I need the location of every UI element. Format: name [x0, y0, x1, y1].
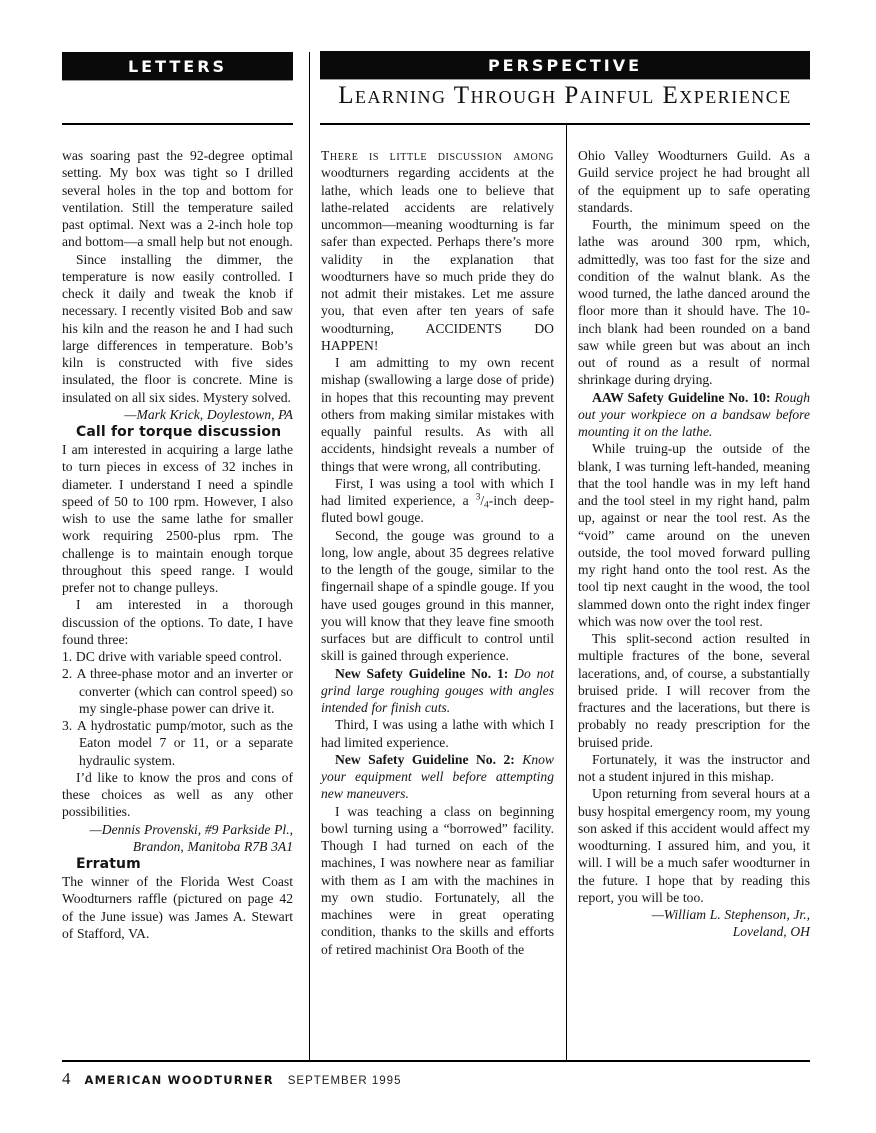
opening-smallcaps: There is little discussion among [321, 148, 554, 163]
list-text: DC drive with variable speed control. [76, 649, 282, 664]
article-para-first: First, I was using a tool with which I h… [321, 475, 554, 527]
erratum-para: The winner of the Florida West Coast Woo… [62, 873, 293, 942]
perspective-section-banner: PERSPECTIVE [320, 51, 810, 79]
article-para-admitting: I am admitting to my own recent mishap (… [321, 354, 554, 475]
torque-heading: Call for torque discussion [62, 423, 293, 441]
article-para-ohio: Ohio Valley Woodturners Guild. As a Guil… [578, 147, 810, 216]
torque-list-item-1: 1. DC drive with variable speed control. [62, 648, 293, 665]
list-text: A three-phase motor and an inverter or c… [77, 666, 293, 716]
letter-continuation-para-2: Since installing the dimmer, the tempera… [62, 251, 293, 406]
article-para-truing: While truing-up the outside of the blank… [578, 440, 810, 630]
article-para-fortunately: Fortunately, it was the instructor and n… [578, 751, 810, 786]
letters-banner-label: LETTERS [128, 57, 227, 76]
article-para-teaching: I was teaching a class on beginning bowl… [321, 803, 554, 958]
magazine-name: AMERICAN WOODTURNER [85, 1073, 274, 1087]
safety-guideline-10: AAW Safety Guideline No. 10: Rough out y… [578, 389, 810, 441]
torque-para-2: I am interested in a thorough discussion… [62, 596, 293, 648]
article-signature-line2: Loveland, OH [578, 923, 810, 940]
letters-header-rule [62, 123, 293, 125]
safety-guideline-2: New Safety Guideline No. 2: Know your eq… [321, 751, 554, 803]
letter-continuation-para-1: was soaring past the 92-degree optimal s… [62, 147, 293, 251]
guideline-1-label: New Safety Guideline No. 1: [335, 666, 514, 681]
guideline-10-label: AAW Safety Guideline No. 10: [592, 390, 775, 405]
article-signature-line1: —William L. Stephenson, Jr., [578, 906, 810, 923]
opening-rest: woodturners regarding accidents at the l… [321, 165, 554, 353]
article-title: Learning Through Painful Experience [320, 82, 810, 110]
torque-para-3: I’d like to know the pros and cons of th… [62, 769, 293, 821]
page-number: 4 [62, 1069, 71, 1089]
article-para-second: Second, the gouge was ground to a long, … [321, 527, 554, 665]
list-text: A hydrostatic pump/motor, such as the Ea… [77, 718, 293, 768]
letter-signature-krick: —Mark Krick, Doylestown, PA [62, 406, 293, 423]
footer-rule [62, 1060, 810, 1062]
erratum-heading: Erratum [62, 855, 293, 873]
torque-para-1: I am interested in acquiring a large lat… [62, 441, 293, 596]
article-para-returning: Upon returning from several hours at a b… [578, 785, 810, 906]
list-number: 2. [62, 666, 72, 681]
perspective-column-2: Ohio Valley Woodturners Guild. As a Guil… [578, 147, 810, 941]
safety-guideline-1: New Safety Guideline No. 1: Do not grind… [321, 665, 554, 717]
column-divider-left [309, 52, 310, 1060]
issue-date: SEPTEMBER 1995 [288, 1075, 402, 1087]
list-number: 3. [62, 718, 72, 733]
torque-list-item-3: 3. A hydrostatic pump/motor, such as the… [62, 717, 293, 769]
list-number: 1. [62, 649, 72, 664]
letter-signature-provenski-line2: Brandon, Manitoba R7B 3A1 [62, 838, 293, 855]
letter-signature-provenski-line1: —Dennis Provenski, #9 Parkside Pl., [62, 821, 293, 838]
article-para-third: Third, I was using a lathe with which I … [321, 716, 554, 751]
magazine-page: LETTERS PERSPECTIVE Learning Through Pai… [0, 0, 876, 1133]
torque-list-item-2: 2. A three-phase motor and an inverter o… [62, 665, 293, 717]
letters-column: was soaring past the 92-degree optimal s… [62, 147, 293, 942]
perspective-header-rule [320, 123, 810, 125]
column-divider-right [566, 123, 567, 1060]
letters-section-banner: LETTERS [62, 52, 293, 80]
guideline-2-label: New Safety Guideline No. 2: [335, 752, 522, 767]
perspective-banner-label: PERSPECTIVE [488, 56, 642, 75]
article-para-split-second: This split-second action resulted in mul… [578, 630, 810, 751]
article-para-fourth: Fourth, the minimum speed on the lathe w… [578, 216, 810, 389]
article-opening-para: There is little discussion among woodtur… [321, 147, 554, 354]
perspective-column-1: There is little discussion among woodtur… [321, 147, 554, 958]
page-footer: 4 AMERICAN WOODTURNER SEPTEMBER 1995 [62, 1069, 810, 1089]
